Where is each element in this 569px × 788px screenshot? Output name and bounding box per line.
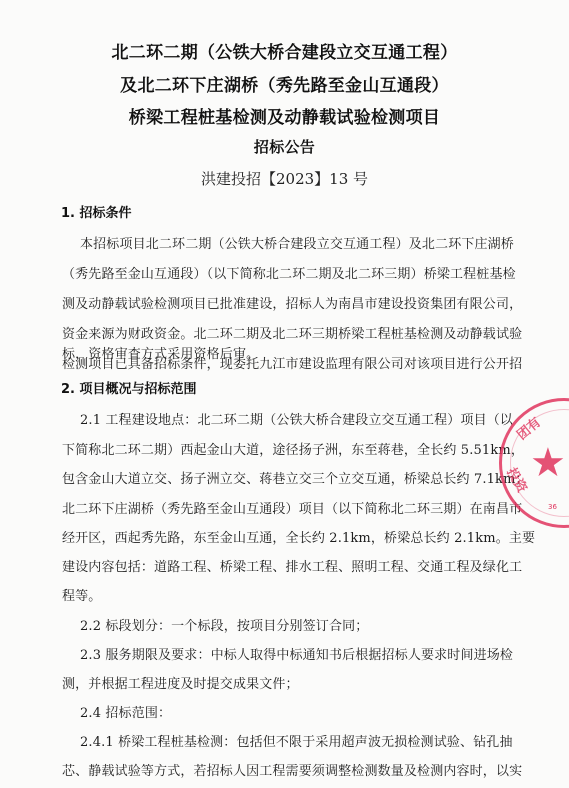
- paragraph-line: 经开区，西起秀先路，东至金山互通，全长约 2.1km，桥梁总长约 2.1km。主…: [62, 527, 442, 546]
- paragraph-line: 芯、静载试验等方式，若招标人因工程需要须调整检测数量及检测内容时，以实: [62, 760, 442, 779]
- document-page: 北二环二期（公铁大桥合建段立交互通工程） 及北二环下庄湖桥（秀先路至金山互通段）…: [0, 0, 569, 788]
- paragraph-line: 包含金山大道立交、扬子洲立交、蒋巷立交三个立交互通，桥梁总长约 7.1km；: [62, 468, 442, 487]
- title-line-3: 桥梁工程桩基检测及动静载试验检测项目: [0, 103, 569, 128]
- title-line-2: 及北二环下庄湖桥（秀先路至金山互通段）: [0, 71, 569, 96]
- section-heading-2: 2. 项目概况与招标范围: [61, 378, 197, 397]
- paragraph-line: 程等。: [62, 585, 442, 604]
- title-notice: 招标公告: [0, 136, 569, 157]
- subsection-2-4-1: 2.4.1 桥梁工程桩基检测：包括但不限于采用超声波无损检测试验、钻孔抽: [80, 731, 460, 750]
- paragraph-line: 建设内容包括：道路工程、桥梁工程、排水工程、照明工程、交通工程及绿化工: [62, 556, 442, 575]
- paragraph-line-end: 标，资格审查方式采用资格后审。: [62, 343, 442, 362]
- paragraph-line: 北二环下庄湖桥（秀先路至金山互通段）项目（以下简称北二环三期）在南昌市: [62, 498, 442, 517]
- paragraph-line: 资金来源为财政资金。北二环二期及北二环三期桥梁工程桩基检测及动静载试验: [62, 323, 442, 342]
- seal-star-icon: ★: [530, 440, 566, 486]
- paragraph-line: 本招标项目北二环二期（公铁大桥合建段立交互通工程）及北二环下庄湖桥: [80, 233, 460, 252]
- subsection-2-3: 2.3 服务期限及要求：中标人取得中标通知书后根据招标人要求时间进场检: [80, 644, 460, 663]
- document-number: 洪建投招【2023】13 号: [0, 168, 569, 189]
- paragraph-line: 下简称北二环二期）西起金山大道，途径扬子洲，东至蒋巷，全长约 5.51km，: [62, 439, 442, 458]
- seal-number: 36: [548, 503, 557, 511]
- paragraph-line: 测，并根据工程进度及时提交成果文件；: [62, 673, 442, 692]
- subsection-2-4: 2.4 招标范围：: [80, 702, 460, 721]
- subsection-2-2: 2.2 标段划分：一个标段，按项目分别签订合同；: [80, 615, 460, 634]
- title-line-1: 北二环二期（公铁大桥合建段立交互通工程）: [0, 38, 569, 63]
- paragraph-line: 2.1 工程建设地点：北二环二期（公铁大桥合建段立交互通工程）项目（以: [80, 409, 460, 428]
- section-heading-1: 1. 招标条件: [61, 202, 132, 221]
- paragraph-line: （秀先路至金山互通段）（以下简称北二环二期及北二环三期）桥梁工程桩基检: [62, 263, 442, 282]
- paragraph-line: 测及动静载试验检测项目已批准建设，招标人为南昌市建设投资集团有限公司，: [62, 293, 442, 312]
